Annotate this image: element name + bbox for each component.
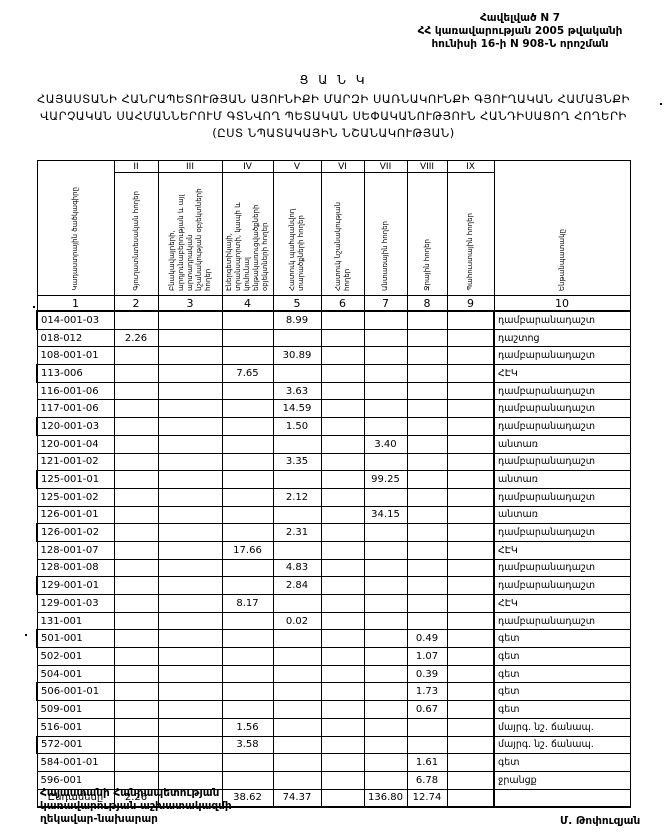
area-value	[447, 329, 494, 347]
area-value	[321, 418, 364, 436]
area-value: 1.61	[407, 754, 447, 772]
land-use: մայրգ. նշ. ճանապ.	[494, 718, 630, 736]
area-value	[364, 595, 407, 613]
area-value	[321, 736, 364, 754]
area-value	[364, 488, 407, 506]
area-value	[158, 382, 222, 400]
area-value	[114, 506, 158, 524]
area-value	[273, 683, 321, 701]
scan-speck	[33, 306, 35, 308]
table-row: 131-0010.02դամբարանադաշտ	[37, 612, 630, 630]
area-value: 30.89	[273, 347, 321, 365]
area-value	[158, 630, 222, 648]
area-value	[364, 559, 407, 577]
area-value	[407, 612, 447, 630]
column-number-1: 1	[37, 296, 114, 312]
area-value	[447, 736, 494, 754]
signatory-title: Հայաստանի Հանրապետության կառավարության ա…	[40, 787, 232, 826]
land-use: դամբարանադաշտ	[494, 400, 630, 418]
area-value	[222, 453, 273, 471]
land-use: ջրանցք	[494, 771, 630, 789]
scan-speck	[25, 634, 27, 636]
area-value	[321, 559, 364, 577]
area-value: 0.02	[273, 612, 321, 630]
column-header-text: Հատուկ նշանակության հողեր	[334, 185, 352, 291]
area-value	[273, 471, 321, 489]
area-value	[273, 665, 321, 683]
area-value	[407, 488, 447, 506]
approval-note: Հավելված N 7 ՀՀ կառավարության 2005 թվակա…	[385, 12, 655, 51]
area-value: 1.73	[407, 683, 447, 701]
area-value	[273, 541, 321, 559]
area-value	[158, 418, 222, 436]
land-use: դամբարանադաշտ	[494, 418, 630, 436]
area-value	[447, 595, 494, 613]
land-use: դաշտոց	[494, 329, 630, 347]
column-header-text: Կադաստրային ծածկագիրը	[71, 187, 80, 291]
area-value	[114, 365, 158, 383]
area-value	[321, 771, 364, 789]
table-row: 113-0067.65ՀԷԿ	[37, 365, 630, 383]
signatory-line-1: Հայաստանի Հանրապետության	[40, 787, 232, 800]
area-value	[222, 754, 273, 772]
cadastral-code: 128-001-08	[37, 559, 114, 577]
area-value	[364, 718, 407, 736]
area-value: 0.39	[407, 665, 447, 683]
area-value	[222, 577, 273, 595]
area-value	[273, 754, 321, 772]
area-value	[273, 736, 321, 754]
area-value: 3.35	[273, 453, 321, 471]
column-header-2: Գյուղատնտեսական հողեր	[114, 173, 158, 296]
area-value	[447, 683, 494, 701]
area-value: 8.99	[273, 311, 321, 329]
area-value	[273, 506, 321, 524]
area-value	[114, 453, 158, 471]
area-value	[447, 382, 494, 400]
area-value	[364, 701, 407, 719]
roman-header-6: VI	[321, 161, 364, 173]
area-value	[114, 612, 158, 630]
cadastral-code: 120-001-04	[37, 435, 114, 453]
table-row: 129-001-012.84դամբարանադաշտ	[37, 577, 630, 595]
area-value	[364, 612, 407, 630]
area-value: 14.59	[273, 400, 321, 418]
column-header-text: Էներգետիկայի, տրանսպորտի, կապի և կոմունա…	[225, 185, 270, 291]
area-value	[321, 311, 364, 329]
area-value: 3.40	[364, 435, 407, 453]
area-value	[158, 524, 222, 542]
roman-header-9: IX	[447, 161, 494, 173]
area-value	[321, 648, 364, 666]
area-value	[407, 435, 447, 453]
area-value	[447, 365, 494, 383]
area-value	[364, 382, 407, 400]
area-value: 1.50	[273, 418, 321, 436]
roman-header-3: III	[158, 161, 222, 173]
land-use: դամբարանադաշտ	[494, 577, 630, 595]
area-value: 1.56	[222, 718, 273, 736]
area-value	[222, 665, 273, 683]
cadastral-code: 516-001	[37, 718, 114, 736]
signatory-line-3: ղեկավար-նախարար	[40, 813, 232, 826]
area-value	[407, 329, 447, 347]
land-use: դամբարանադաշտ	[494, 311, 630, 329]
table-row: 128-001-0717.66ՀԷԿ	[37, 541, 630, 559]
land-use: գետ	[494, 665, 630, 683]
area-value	[321, 524, 364, 542]
area-value	[321, 701, 364, 719]
table-row: 121-001-023.35դամբարանադաշտ	[37, 453, 630, 471]
area-value	[407, 559, 447, 577]
area-value	[407, 365, 447, 383]
area-value	[447, 701, 494, 719]
area-value	[114, 488, 158, 506]
title-line-3: (ԸՍՏ ՆՊԱՏԱԿԱՅԻՆ ՆՇԱՆԱԿՈՒԹՅԱՆ)	[0, 125, 667, 142]
land-use: անտառ	[494, 471, 630, 489]
area-value	[321, 365, 364, 383]
area-value	[273, 365, 321, 383]
area-value	[114, 736, 158, 754]
area-value	[114, 311, 158, 329]
area-value	[407, 471, 447, 489]
area-value	[222, 471, 273, 489]
area-value	[114, 559, 158, 577]
area-value	[114, 648, 158, 666]
cadastral-code: 126-001-02	[37, 524, 114, 542]
area-value	[447, 559, 494, 577]
area-value	[114, 524, 158, 542]
area-value	[222, 524, 273, 542]
cadastral-code: 120-001-03	[37, 418, 114, 436]
area-value	[273, 630, 321, 648]
land-use: դամբարանադաշտ	[494, 559, 630, 577]
area-value	[114, 665, 158, 683]
area-value	[447, 418, 494, 436]
table-row: 584-001-011.61գետ	[37, 754, 630, 772]
area-value	[158, 665, 222, 683]
area-value	[273, 718, 321, 736]
cadastral-code: 584-001-01	[37, 754, 114, 772]
scan-speck	[660, 103, 662, 105]
area-value	[114, 630, 158, 648]
column-header-4: Էներգետիկայի, տրանսպորտի, կապի և կոմունա…	[222, 173, 273, 296]
area-value: 2.31	[273, 524, 321, 542]
document-title: Ց Ա Ն Կ ՀԱՅԱՍՏԱՆԻ ՀԱՆՐԱՊԵՏՈՒԹՅԱՆ ԱՅՈՒՆԻՔ…	[0, 72, 667, 142]
table-row: 516-0011.56մայրգ. նշ. ճանապ.	[37, 718, 630, 736]
area-value	[158, 648, 222, 666]
area-value	[222, 648, 273, 666]
area-value	[447, 665, 494, 683]
column-header-text: Գյուղատնտեսական հողեր	[132, 191, 141, 291]
area-value: 17.66	[222, 541, 273, 559]
column-number-10: 10	[494, 296, 630, 312]
area-value	[321, 400, 364, 418]
area-value	[407, 311, 447, 329]
signatory-name: Մ. Թոփուզյան	[560, 815, 640, 827]
area-value	[158, 435, 222, 453]
area-value	[158, 754, 222, 772]
area-value	[364, 683, 407, 701]
area-value	[321, 453, 364, 471]
cadastral-code: 501-001	[37, 630, 114, 648]
table-row: 014-001-038.99դամբարանադաշտ	[37, 311, 630, 329]
area-value	[407, 736, 447, 754]
area-value	[364, 329, 407, 347]
table-body: 014-001-038.99դամբարանադաշտ018-0122.26դա…	[37, 311, 630, 807]
column-number-3: 3	[158, 296, 222, 312]
area-value: 1.07	[407, 648, 447, 666]
area-value	[158, 541, 222, 559]
cadastral-code: 108-001-01	[37, 347, 114, 365]
area-value	[364, 754, 407, 772]
table-row: 572-0013.58մայրգ. նշ. ճանապ.	[37, 736, 630, 754]
area-value	[114, 718, 158, 736]
area-value	[273, 771, 321, 789]
area-value	[364, 524, 407, 542]
area-value	[447, 718, 494, 736]
approval-line-2: ՀՀ կառավարության 2005 թվականի	[385, 25, 655, 38]
table-row: 018-0122.26դաշտոց	[37, 329, 630, 347]
cadastral-code: 128-001-07	[37, 541, 114, 559]
area-value	[447, 612, 494, 630]
area-value	[114, 683, 158, 701]
approval-line-3: հունիսի 16-ի N 908-Ն որոշման	[385, 38, 655, 51]
cadastral-code: 126-001-01	[37, 506, 114, 524]
area-value	[364, 630, 407, 648]
table-row: 125-001-0199.25անտառ	[37, 471, 630, 489]
area-value: 2.26	[114, 329, 158, 347]
land-use: մայրգ. նշ. ճանապ.	[494, 736, 630, 754]
cadastral-code: 129-001-03	[37, 595, 114, 613]
area-value	[222, 506, 273, 524]
column-number-2: 2	[114, 296, 158, 312]
area-value	[222, 683, 273, 701]
cadastral-code: 113-006	[37, 365, 114, 383]
area-value: 0.67	[407, 701, 447, 719]
area-value	[321, 683, 364, 701]
column-header-10: Ենթանպատակը	[494, 161, 630, 296]
area-value	[222, 329, 273, 347]
area-value	[321, 329, 364, 347]
area-value	[158, 595, 222, 613]
area-value	[158, 488, 222, 506]
cadastral-code: 572-001	[37, 736, 114, 754]
area-value	[321, 665, 364, 683]
area-value: 2.84	[273, 577, 321, 595]
area-value	[321, 595, 364, 613]
area-value	[273, 329, 321, 347]
land-use: ՀԷԿ	[494, 541, 630, 559]
area-value	[114, 541, 158, 559]
area-value	[321, 541, 364, 559]
area-value	[158, 736, 222, 754]
table-row: 504-0010.39գետ	[37, 665, 630, 683]
area-value	[407, 718, 447, 736]
cadastral-code: 129-001-01	[37, 577, 114, 595]
area-value	[321, 488, 364, 506]
column-header-5: Հատուկ պահպանվող տարածքների հողեր	[273, 173, 321, 296]
land-use: դամբարանադաշտ	[494, 524, 630, 542]
area-value	[222, 347, 273, 365]
area-value	[321, 347, 364, 365]
area-value	[364, 771, 407, 789]
area-value	[407, 506, 447, 524]
column-number-row: 12345678910	[37, 296, 630, 312]
land-use: գետ	[494, 683, 630, 701]
land-use: դամբարանադաշտ	[494, 612, 630, 630]
area-value	[407, 524, 447, 542]
area-value	[158, 683, 222, 701]
roman-header-row: Կադաստրային ծածկագիրըIIIIIIVVVIVIIVIIIIX…	[37, 161, 630, 173]
cadastral-code: 131-001	[37, 612, 114, 630]
area-value	[321, 612, 364, 630]
table-row: 126-001-0134.15անտառ	[37, 506, 630, 524]
area-value	[114, 754, 158, 772]
area-value	[321, 435, 364, 453]
area-value	[447, 488, 494, 506]
table-row: 108-001-0130.89դամբարանադաշտ	[37, 347, 630, 365]
area-value	[114, 595, 158, 613]
land-use: գետ	[494, 754, 630, 772]
area-value	[364, 418, 407, 436]
area-value	[321, 577, 364, 595]
area-value	[364, 311, 407, 329]
area-value	[447, 506, 494, 524]
area-value	[114, 418, 158, 436]
land-use: անտառ	[494, 435, 630, 453]
land-use: դամբարանադաշտ	[494, 453, 630, 471]
area-value	[114, 382, 158, 400]
cadastral-code: 018-012	[37, 329, 114, 347]
land-use	[494, 789, 630, 807]
area-value	[158, 329, 222, 347]
column-number-9: 9	[447, 296, 494, 312]
roman-header-8: VIII	[407, 161, 447, 173]
area-value: 2.12	[273, 488, 321, 506]
area-value	[158, 347, 222, 365]
area-value	[273, 435, 321, 453]
area-value: 3.58	[222, 736, 273, 754]
area-value	[114, 577, 158, 595]
column-number-5: 5	[273, 296, 321, 312]
area-value	[321, 789, 364, 807]
cadastral-code: 509-001	[37, 701, 114, 719]
column-number-7: 7	[364, 296, 407, 312]
area-value	[114, 471, 158, 489]
area-value	[222, 418, 273, 436]
area-value	[447, 789, 494, 807]
area-value	[222, 559, 273, 577]
land-use: ՀԷԿ	[494, 595, 630, 613]
land-use: ՀԷԿ	[494, 365, 630, 383]
land-use: գետ	[494, 630, 630, 648]
cadastral-code: 121-001-02	[37, 453, 114, 471]
area-value	[158, 453, 222, 471]
area-value: 8.17	[222, 595, 273, 613]
area-value	[447, 754, 494, 772]
area-value	[273, 648, 321, 666]
cadastral-code: 014-001-03	[37, 311, 114, 329]
area-value	[364, 453, 407, 471]
title-line-2: ՎԱՐՉԱԿԱՆ ՍԱՀՄԱՆՆԵՐՈՒՄ ԳՏՆՎՈՂ ՊԵՏԱԿԱՆ ՍԵՓ…	[0, 108, 667, 125]
column-header-8: Ջրային հողեր	[407, 173, 447, 296]
area-value	[222, 400, 273, 418]
area-value	[447, 648, 494, 666]
area-value	[364, 577, 407, 595]
area-value	[407, 453, 447, 471]
cadastral-code: 506-001-01	[37, 683, 114, 701]
column-header-text: Ենթանպատակը	[558, 229, 567, 291]
column-number-6: 6	[321, 296, 364, 312]
table-row: 502-0011.07գետ	[37, 648, 630, 666]
area-value	[447, 630, 494, 648]
cadastral-code: 504-001	[37, 665, 114, 683]
area-value	[407, 418, 447, 436]
area-value	[407, 577, 447, 595]
area-value	[364, 665, 407, 683]
area-value	[114, 435, 158, 453]
column-header-9: Պահուստային հողեր	[447, 173, 494, 296]
area-value	[447, 524, 494, 542]
area-value	[222, 488, 273, 506]
area-value	[158, 612, 222, 630]
area-value	[273, 701, 321, 719]
area-value	[447, 471, 494, 489]
column-header-7: Անտառային հողեր	[364, 173, 407, 296]
table-row: 128-001-084.83դամբարանադաշտ	[37, 559, 630, 577]
area-value: 0.49	[407, 630, 447, 648]
land-use: դամբարանադաշտ	[494, 488, 630, 506]
area-value	[364, 400, 407, 418]
area-value	[321, 506, 364, 524]
area-value	[158, 559, 222, 577]
column-number-8: 8	[407, 296, 447, 312]
cadastral-code: 125-001-02	[37, 488, 114, 506]
area-value	[321, 718, 364, 736]
area-value	[407, 595, 447, 613]
area-value: 4.83	[273, 559, 321, 577]
table-row: 116-001-063.63դամբարանադաշտ	[37, 382, 630, 400]
table-row: 506-001-011.73գետ	[37, 683, 630, 701]
area-value	[158, 577, 222, 595]
area-value: 74.37	[273, 789, 321, 807]
area-value	[158, 701, 222, 719]
area-value	[364, 365, 407, 383]
signatory-line-2: կառավարության աշխատակազմի	[40, 800, 232, 813]
area-value	[364, 648, 407, 666]
column-header-text: Պահուստային հողեր	[466, 213, 475, 291]
area-value: 99.25	[364, 471, 407, 489]
land-register-table: Կադաստրային ծածկագիրըIIIIIIVVVIVIIVIIIIX…	[36, 160, 631, 808]
land-use: գետ	[494, 648, 630, 666]
area-value	[447, 400, 494, 418]
area-value	[114, 701, 158, 719]
area-value	[407, 400, 447, 418]
roman-header-4: IV	[222, 161, 273, 173]
area-value	[158, 506, 222, 524]
area-value	[407, 382, 447, 400]
column-header-3: Բնակավայրերի, արդյունաբերության և այլ ար…	[158, 173, 222, 296]
table-row: 125-001-022.12դամբարանադաշտ	[37, 488, 630, 506]
area-value	[321, 382, 364, 400]
land-use: անտառ	[494, 506, 630, 524]
area-value: 12.74	[407, 789, 447, 807]
land-use: դամբարանադաշտ	[494, 347, 630, 365]
title-line-1: ՀԱՅԱՍՏԱՆԻ ՀԱՆՐԱՊԵՏՈՒԹՅԱՆ ԱՅՈՒՆԻՔԻ ՄԱՐԶԻ …	[0, 91, 667, 108]
area-value	[321, 471, 364, 489]
area-value	[407, 347, 447, 365]
